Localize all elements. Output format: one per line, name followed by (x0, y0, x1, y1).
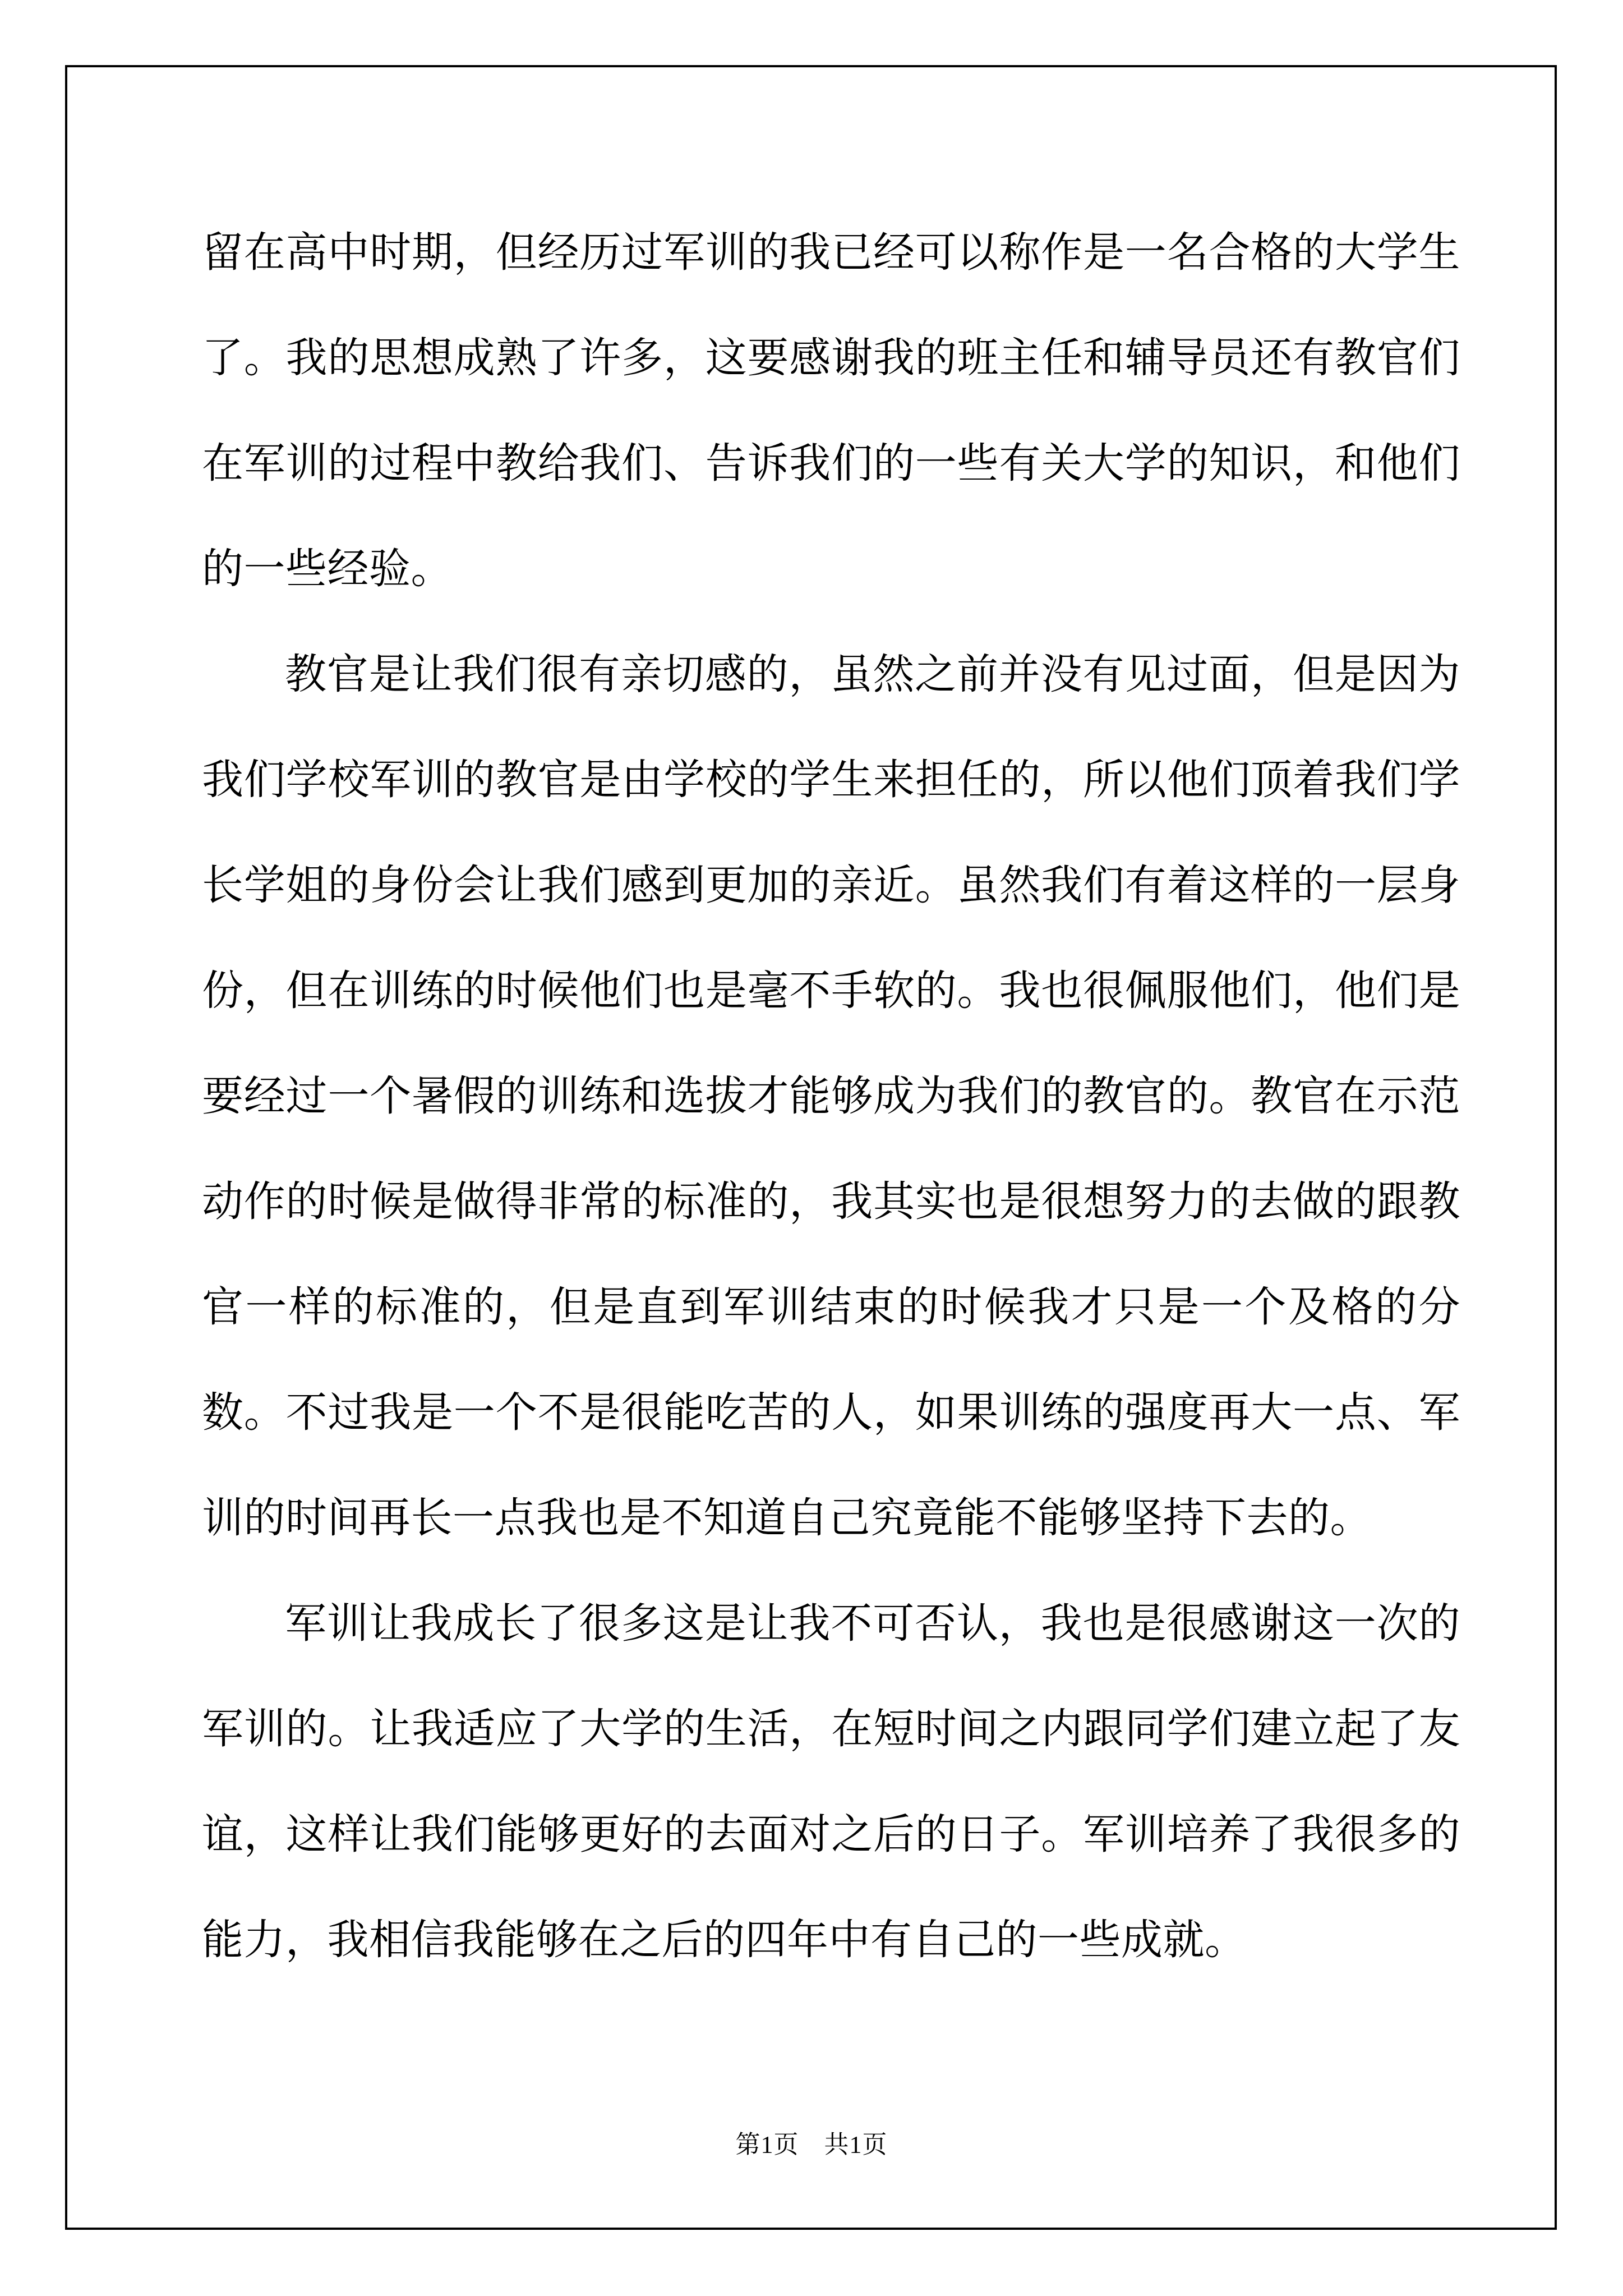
paragraph-2: 教官是让我们很有亲切感的，虽然之前并没有见过面，但是因为我们学校军训的教官是由学… (202, 622, 1460, 1571)
paragraph-1: 留在高中时期，但经历过军训的我已经可以称作是一名合格的大学生了。我的思想成熟了许… (202, 200, 1460, 622)
page-number-label: 第1页 共1页 (736, 2131, 888, 2159)
document-body: 留在高中时期，但经历过军训的我已经可以称作是一名合格的大学生了。我的思想成熟了许… (202, 200, 1460, 1993)
page-footer: 第1页 共1页 (0, 2129, 1623, 2161)
document-page: { "page": { "background_color": "#ffffff… (0, 0, 1623, 2296)
paragraph-3: 军训让我成长了很多这是让我不可否认，我也是很感谢这一次的军训的。让我适应了大学的… (202, 1571, 1460, 1993)
